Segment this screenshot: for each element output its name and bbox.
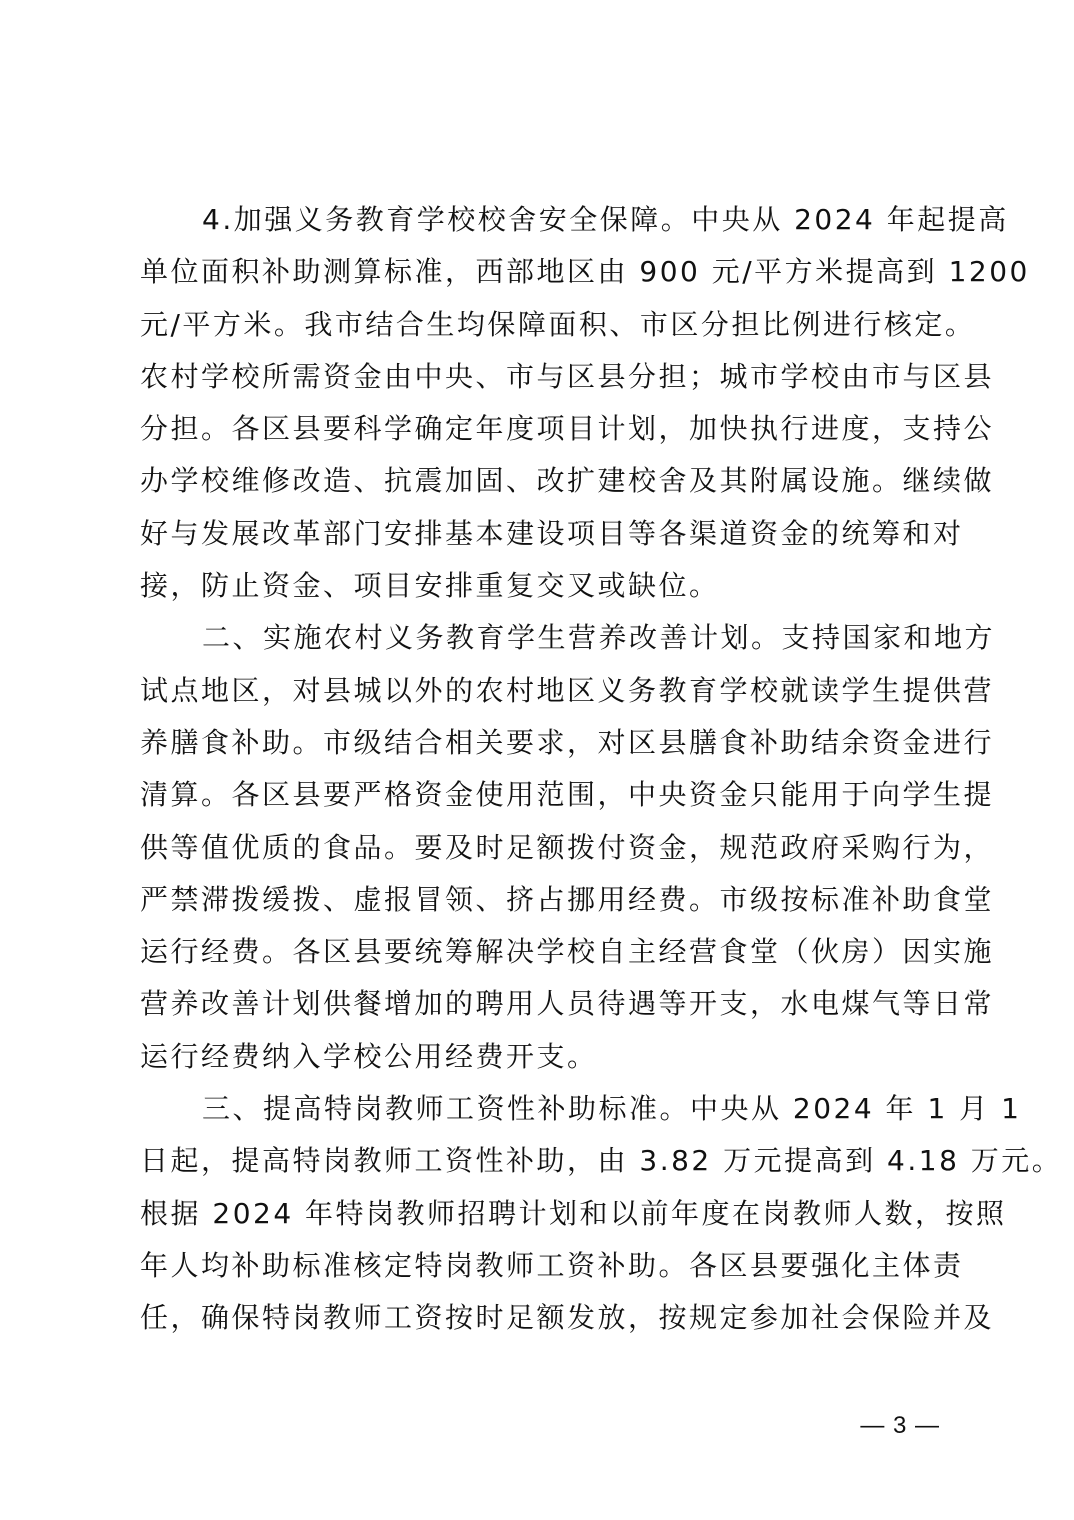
text-line: 4.加强义务教育学校校舍安全保障。中央从 2024 年起提高 — [140, 194, 936, 246]
section-heading-line: 三、提高特岗教师工资性补助标准。中央从 2024 年 1 月 1 — [140, 1083, 936, 1135]
text-line: 供等值优质的食品。要及时足额拨付资金，规范政府采购行为， — [140, 822, 936, 874]
text-line: 根据 2024 年特岗教师招聘计划和以前年度在岗教师人数，按照 — [140, 1188, 936, 1240]
text-line: 营养改善计划供餐增加的聘用人员待遇等开支，水电煤气等日常 — [140, 978, 936, 1030]
text-line: 养膳食补助。市级结合相关要求，对区县膳食补助结余资金进行 — [140, 717, 936, 769]
text-line: 农村学校所需资金由中央、市与区县分担；城市学校由市与区县 — [140, 351, 936, 403]
paragraph-school-building-safety: 4.加强义务教育学校校舍安全保障。中央从 2024 年起提高 单位面积补助测算标… — [140, 194, 936, 612]
paragraph-nutrition-improvement: 二、实施农村义务教育学生营养改善计划。支持国家和地方 试点地区，对县城以外的农村… — [140, 612, 936, 1083]
text-line: 试点地区，对县城以外的农村地区义务教育学校就读学生提供营 — [140, 665, 936, 717]
text-line: 运行经费纳入学校公用经费开支。 — [140, 1031, 936, 1083]
text-line: 任，确保特岗教师工资按时足额发放，按规定参加社会保险并及 — [140, 1292, 936, 1344]
text-line: 单位面积补助测算标准，西部地区由 900 元/平方米提高到 1200 — [140, 246, 936, 298]
text-line: 好与发展改革部门安排基本建设项目等各渠道资金的统筹和对 — [140, 508, 936, 560]
page-number: — 3 — — [860, 1412, 940, 1440]
text-line: 年人均补助标准核定特岗教师工资补助。各区县要强化主体责 — [140, 1240, 936, 1292]
text-line: 清算。各区县要严格资金使用范围，中央资金只能用于向学生提 — [140, 769, 936, 821]
text-line: 接，防止资金、项目安排重复交叉或缺位。 — [140, 560, 936, 612]
text-line: 运行经费。各区县要统筹解决学校自主经营食堂（伙房）因实施 — [140, 926, 936, 978]
document-body: 4.加强义务教育学校校舍安全保障。中央从 2024 年起提高 单位面积补助测算标… — [140, 194, 936, 1345]
text-line: 办学校维修改造、抗震加固、改扩建校舍及其附属设施。继续做 — [140, 455, 936, 507]
text-line: 严禁滞拨缓拨、虚报冒领、挤占挪用经费。市级按标准补助食堂 — [140, 874, 936, 926]
paragraph-special-post-teachers: 三、提高特岗教师工资性补助标准。中央从 2024 年 1 月 1 日起，提高特岗… — [140, 1083, 936, 1344]
text-line: 分担。各区县要科学确定年度项目计划，加快执行进度，支持公 — [140, 403, 936, 455]
text-line: 元/平方米。我市结合生均保障面积、市区分担比例进行核定。 — [140, 299, 936, 351]
text-line: 日起，提高特岗教师工资性补助，由 3.82 万元提高到 4.18 万元。 — [140, 1135, 936, 1187]
section-heading-line: 二、实施农村义务教育学生营养改善计划。支持国家和地方 — [140, 612, 936, 664]
